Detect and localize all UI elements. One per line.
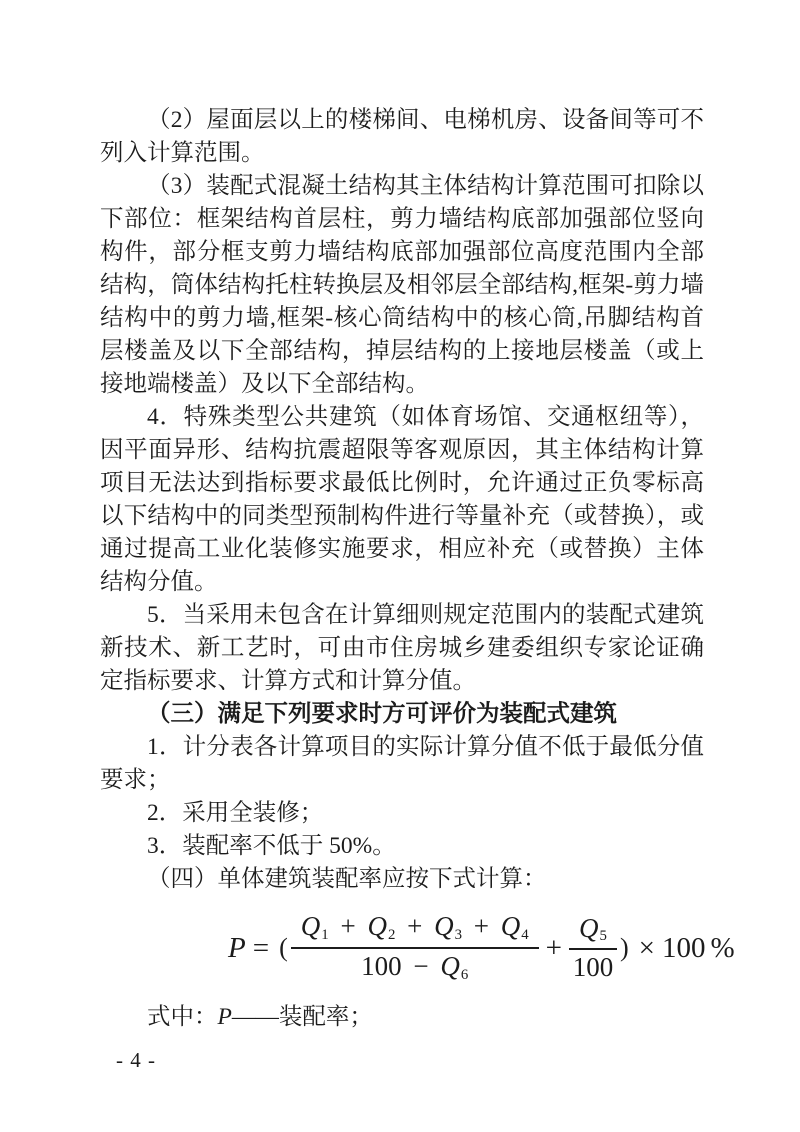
document-page: （2）屋面层以上的楼梯间、电梯机房、设备间等可不列入计算范围。 （3）装配式混凝… (0, 0, 800, 1132)
formula-var-p: P (228, 934, 246, 963)
subscript-4: 4 (521, 927, 528, 943)
subscript-1: 1 (321, 927, 328, 943)
formula-var-q3: Q (434, 911, 454, 941)
plus-sign: + (474, 911, 489, 941)
fraction-main: Q1 + Q2 + Q3 + Q4 100 − Q6 (291, 913, 539, 982)
paragraph-concrete-structure-scope: （3）装配式混凝土结构其主体结构计算范围可扣除以下部位：框架结构首层柱，剪力墙结… (100, 170, 704, 401)
subscript-5: 5 (600, 928, 607, 944)
fraction-main-denominator: 100 − Q6 (361, 949, 468, 983)
explanation-meaning: 装配率； (279, 1004, 373, 1030)
formula-var-q5: Q (579, 913, 599, 943)
paragraph-roof-exclusion: （2）屋面层以上的楼梯间、电梯机房、设备间等可不列入计算范围。 (100, 104, 704, 170)
formula-var-q6: Q (440, 951, 460, 981)
list-item-full-decoration: 2．采用全装修； (100, 797, 704, 830)
formula-var-q4: Q (501, 911, 521, 941)
assembly-rate-formula: P = ( Q1 + Q2 + Q3 + Q4 100 − Q6 (100, 900, 704, 996)
fraction-secondary-numerator: Q5 (569, 915, 617, 951)
section-heading-three: （三）满足下列要求时方可评价为装配式建筑 (100, 698, 704, 731)
minus-sign: − (413, 951, 428, 981)
section-heading-four: （四）单体建筑装配率应按下式计算： (100, 863, 704, 896)
subscript-6: 6 (461, 967, 468, 983)
equals-sign: = (253, 934, 269, 963)
list-item-rate-50: 3．装配率不低于 50%。 (100, 830, 704, 863)
explanation-dash: —— (232, 1004, 279, 1030)
factor-100: 100 (662, 934, 706, 963)
plus-sign: + (546, 934, 562, 963)
paragraph-special-public-buildings: 4．特殊类型公共建筑（如体育场馆、交通枢纽等），因平面异形、结构抗震超限等客观原… (100, 401, 704, 599)
paragraph-new-technology: 5．当采用未包含在计算细则规定范围内的装配式建筑新技术、新工艺时，可由市住房城乡… (100, 599, 704, 698)
constant-100: 100 (361, 951, 402, 981)
formula-var-q2: Q (367, 911, 387, 941)
formula-explanation: 式中：P——装配率； (100, 1001, 704, 1034)
subscript-2: 2 (388, 927, 395, 943)
document-body: （2）屋面层以上的楼梯间、电梯机房、设备间等可不列入计算范围。 （3）装配式混凝… (100, 104, 704, 1034)
formula-var-q1: Q (301, 911, 321, 941)
times-sign: × (639, 934, 655, 963)
close-paren: ) (620, 935, 629, 961)
page-number: - 4 - (116, 1048, 156, 1073)
plus-sign: + (340, 911, 355, 941)
open-paren: ( (279, 935, 288, 961)
plus-sign: + (407, 911, 422, 941)
fraction-secondary-denominator: 100 (573, 950, 614, 981)
explanation-prefix: 式中： (147, 1004, 218, 1030)
list-item-min-score: 1．计分表各计算项目的实际计算分值不低于最低分值要求； (100, 731, 704, 797)
subscript-3: 3 (455, 927, 462, 943)
fraction-secondary: Q5 100 (569, 915, 617, 982)
fraction-main-numerator: Q1 + Q2 + Q3 + Q4 (291, 913, 539, 949)
percent-sign: % (711, 934, 735, 963)
explanation-var-p: P (218, 1004, 232, 1030)
